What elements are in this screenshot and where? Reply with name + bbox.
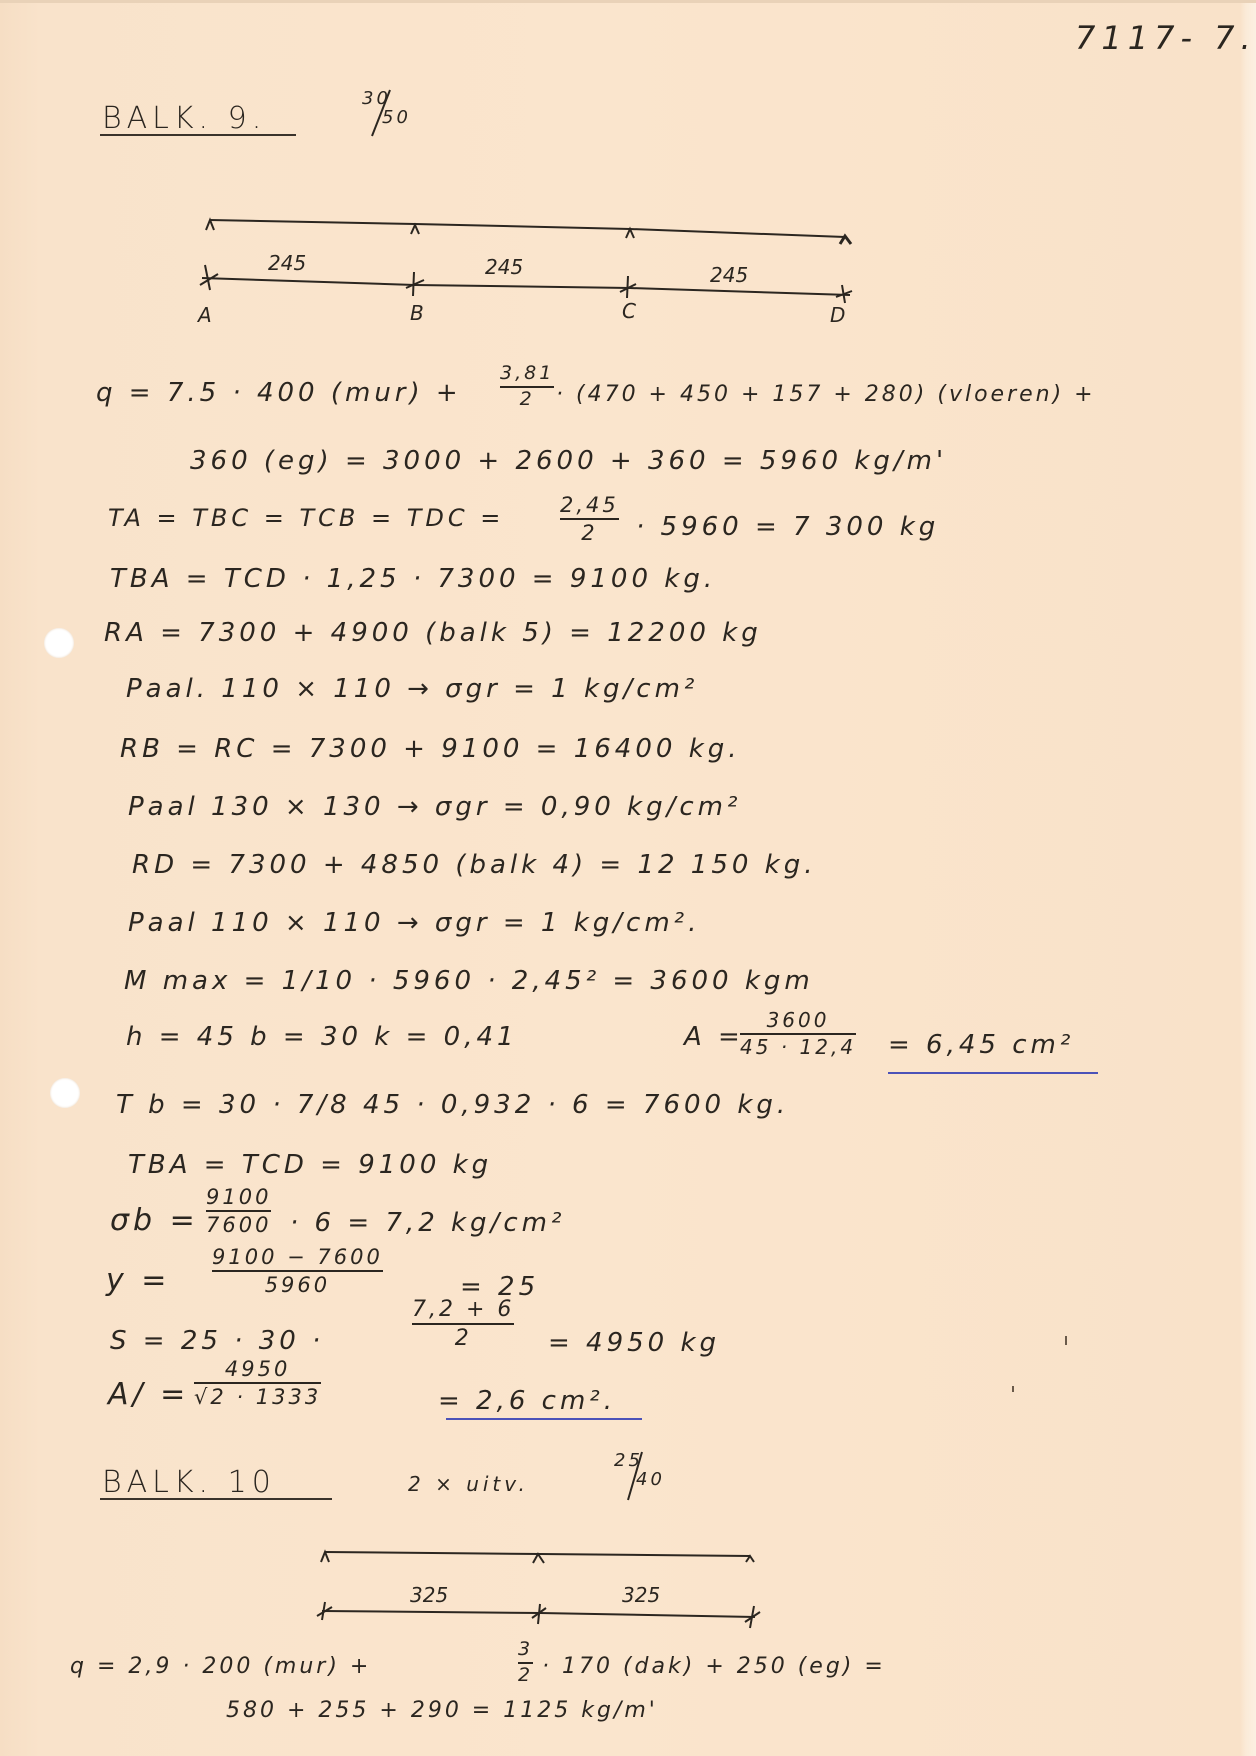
tb-expression: T b = 30 · 7/8 45 · 0,932 · 6 = 7600 kg. bbox=[116, 1092, 789, 1118]
sigma-b-rest: · 6 = 7,2 kg/cm² bbox=[290, 1210, 565, 1236]
page-reference: 7117- 7. bbox=[1075, 22, 1256, 54]
a2-result: = 2,6 cm². bbox=[438, 1388, 616, 1414]
beam10-q-fraction: 3 2 bbox=[518, 1640, 533, 1686]
sigma-b-label: σb = bbox=[110, 1206, 199, 1236]
sigma-b-fraction: 9100 7600 bbox=[206, 1186, 271, 1236]
paper-page: 7117- 7. BALK. 9. 30 50 245 245 245 A B … bbox=[0, 0, 1256, 1756]
stray-mark bbox=[1065, 1336, 1067, 1345]
s-fraction: 7,2 + 6 2 bbox=[412, 1298, 514, 1350]
a2-result-underline bbox=[446, 1418, 642, 1420]
pile3-expression: Paal 110 × 110 → σgr = 1 kg/cm². bbox=[128, 910, 700, 936]
q-expression-line1-b: · (470 + 450 + 157 + 280) (vloeren) + bbox=[556, 384, 1096, 406]
beam10-q-line1-a: q = 2,9 · 200 (mur) + bbox=[70, 1656, 371, 1678]
q-fraction: 3,81 2 bbox=[500, 364, 554, 410]
beam10-q-line1-b: · 170 (dak) + 250 (eg) = bbox=[542, 1656, 886, 1678]
q-expression-line1-a: q = 7.5 · 400 (mur) + bbox=[96, 380, 462, 406]
scan-edge bbox=[0, 0, 1256, 3]
span-label: 325 bbox=[622, 1583, 660, 1607]
beam9-title-underline bbox=[100, 134, 296, 136]
support-label: D bbox=[830, 303, 845, 327]
span-label: 245 bbox=[485, 255, 523, 279]
ra-expression: RA = 7300 + 4900 (balk 5) = 12200 kg bbox=[104, 620, 762, 646]
support-label: A bbox=[196, 303, 212, 327]
s-result: = 4950 kg bbox=[548, 1330, 720, 1356]
tba-tcd-expression: TBA = TCD = 9100 kg bbox=[128, 1152, 492, 1178]
support-label: C bbox=[622, 299, 636, 323]
beam9-diagram: 245 245 245 A B C D bbox=[180, 200, 960, 330]
ta-expression-a: TA = TBC = TCB = TDC = bbox=[108, 506, 504, 530]
beam9-title: BALK. 9. bbox=[102, 104, 266, 134]
a2-fraction: 4950 √2 · 1333 bbox=[194, 1358, 321, 1408]
stray-mark bbox=[1012, 1386, 1014, 1392]
area-result-underline bbox=[888, 1072, 1098, 1074]
ta-fraction: 2,45 2 bbox=[560, 494, 619, 544]
beam10-section-slash bbox=[614, 1450, 654, 1504]
pile1-expression: Paal. 110 × 110 → σgr = 1 kg/cm² bbox=[126, 676, 698, 702]
punch-hole bbox=[44, 628, 74, 658]
s-label: S = 25 · 30 · bbox=[110, 1328, 324, 1354]
beam10-note: 2 × uitv. bbox=[408, 1474, 529, 1494]
area-fraction: 3600 45 · 12,4 bbox=[740, 1010, 856, 1058]
beam10-title-underline bbox=[100, 1498, 332, 1500]
span-label: 245 bbox=[268, 251, 306, 275]
area-label: A = bbox=[684, 1024, 744, 1050]
span-label: 325 bbox=[410, 1583, 448, 1607]
y-fraction: 9100 − 7600 5960 bbox=[212, 1246, 383, 1296]
rd-expression: RD = 7300 + 4850 (balk 4) = 12 150 kg. bbox=[132, 852, 817, 878]
beam10-title: BALK. 10 bbox=[102, 1468, 276, 1498]
rb-expression: RB = RC = 7300 + 9100 = 16400 kg. bbox=[120, 736, 741, 762]
beam10-diagram: 325 325 bbox=[300, 1540, 820, 1630]
beam9-section-slash bbox=[360, 88, 400, 138]
support-label: B bbox=[410, 301, 424, 325]
a2-label: A/ = bbox=[108, 1380, 189, 1410]
span-label: 245 bbox=[710, 263, 748, 287]
beam10-q-line2: 580 + 255 + 290 = 1125 kg/m' bbox=[226, 1700, 658, 1722]
ta-expression-b: · 5960 = 7 300 kg bbox=[636, 514, 939, 540]
punch-hole bbox=[50, 1078, 80, 1108]
mmax-expression: M max = 1/10 · 5960 · 2,45² = 3600 kgm bbox=[124, 968, 814, 994]
section-params: h = 45 b = 30 k = 0,41 bbox=[126, 1024, 518, 1050]
y-label: y = bbox=[106, 1266, 170, 1296]
pile2-expression: Paal 130 × 130 → σgr = 0,90 kg/cm² bbox=[128, 794, 741, 820]
area-result: = 6,45 cm² bbox=[888, 1032, 1074, 1058]
tba-expression: TBA = TCD · 1,25 · 7300 = 9100 kg. bbox=[110, 566, 716, 592]
q-expression-line2: 360 (eg) = 3000 + 2600 + 360 = 5960 kg/m… bbox=[190, 448, 947, 474]
